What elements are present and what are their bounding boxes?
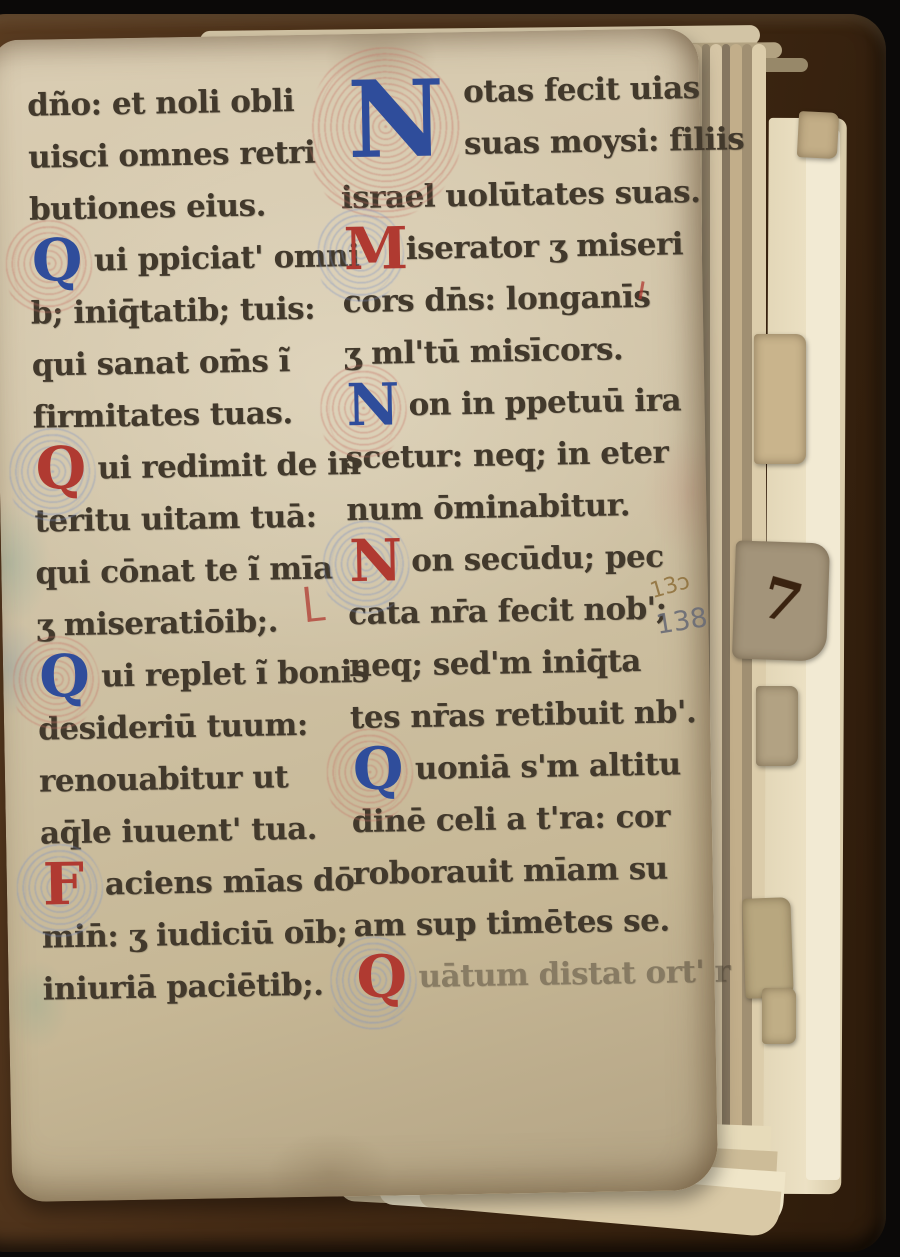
text-line: ʒ ml'tū misīcors. [343, 323, 664, 381]
fore-edge-tab [756, 686, 798, 766]
text-line: aq̄le iuuent' tua. [40, 802, 341, 859]
text-line: qui cōnat te ĩ mīa [35, 542, 336, 599]
verse-block: Quātum distat ort' r [354, 947, 675, 1005]
text-line: on secūdu; pec [347, 531, 668, 589]
verse-block: Non secūdu; peccata nr̄a fecit nob';neq;… [347, 531, 671, 745]
fore-edge-tab [754, 334, 806, 464]
text-line: ʒ miseratiōib;. [36, 594, 337, 651]
fore-edge-tab [742, 897, 793, 999]
parchment-page: dño: et noli obliuisci omnes retribution… [0, 28, 718, 1202]
text-column-left: dño: et noli obliuisci omnes retribution… [27, 74, 343, 1015]
text-line: scetur: neq; in eter [345, 427, 666, 485]
text-line: ui ppiciat' omni [30, 230, 331, 287]
text-line: suas moysi: filiis [340, 115, 661, 173]
fore-edge-tab [797, 111, 839, 159]
text-line: firmitates tuas. [32, 386, 333, 443]
text-line: iserator ʒ miseri [341, 219, 662, 277]
text-line: am sup timētes se. [353, 895, 674, 953]
text-line: ui redimit de in [33, 438, 334, 495]
verse-block: Qui redimit de interitu uitam tuā:qui cō… [33, 438, 337, 651]
text-line: num ōminabitur. [346, 479, 667, 537]
verse-block: Notas fecit uiassuas moysi: filiisisrael… [339, 63, 662, 225]
text-line: butiones eius. [29, 178, 330, 235]
text-line: uoniā s'm altitu [350, 739, 671, 797]
pen-mark [304, 585, 326, 622]
text-line: uātum distat ort' r [354, 947, 675, 1005]
fore-edge-strip [722, 44, 730, 1194]
verse-block: dño: et noli obliuisci omnes retribution… [27, 74, 330, 235]
text-line: tes nr̄as retibuit nb'. [350, 687, 671, 745]
verse-block: Qui ppiciat' omnib; iniq̄tatib; tuis:qui… [30, 230, 334, 443]
text-line: min̄: ʒ iudiciū oīb; [41, 906, 342, 963]
verse-block: Faciens mīas dōmin̄: ʒ iudiciū oīb;iniur… [40, 854, 343, 1015]
text-line: neq; sed'm iniq̄ta [349, 635, 670, 693]
text-line: roborauit mīam su [352, 843, 673, 901]
text-line: aciens mīas dō [40, 854, 341, 911]
verse-block: Non in ppetuū irascetur: neq; in eternum… [344, 375, 667, 537]
text-line: dño: et noli obli [27, 74, 328, 131]
text-line: cata nr̄a fecit nob'; [348, 583, 669, 641]
fore-edge-tab-marked: 7 [732, 540, 830, 661]
fore-edge-tab [762, 988, 796, 1044]
text-line: qui sanat om̄s ĩ [31, 334, 332, 391]
manuscript-photo: 7 dño: et noli obliuisci omnes retributi… [0, 0, 900, 1257]
text-line: cors dn̄s: longanīs [342, 271, 663, 329]
text-line: teritu uitam tuā: [34, 490, 335, 547]
text-column-right: Notas fecit uiassuas moysi: filiisisrael… [339, 63, 675, 1004]
text-line: b; iniq̄tatib; tuis: [30, 282, 331, 339]
text-line: renouabitur ut [39, 750, 340, 807]
text-line: iniuriā paciētib;. [42, 958, 343, 1015]
text-line: israel uolūtates suas. [340, 167, 661, 225]
text-line: on in ppetuū ira [344, 375, 665, 433]
verse-block: Qui replet ĩ bonisdesideriū tuum:renouab… [37, 646, 341, 859]
verse-block: Miserator ʒ misericors dn̄s: longanīsʒ m… [341, 219, 664, 381]
text-line: uisci omnes retri [28, 126, 329, 183]
tab-mark: 7 [753, 564, 809, 638]
text-line: dinē celi a t'ra: cor [351, 791, 672, 849]
text-line: ui replet ĩ bonis [37, 646, 338, 703]
text-line: otas fecit uias [339, 63, 660, 121]
verse-block: Quoniā s'm altitudinē celi a t'ra: corro… [350, 739, 674, 953]
text-line: desideriū tuum: [38, 698, 339, 755]
